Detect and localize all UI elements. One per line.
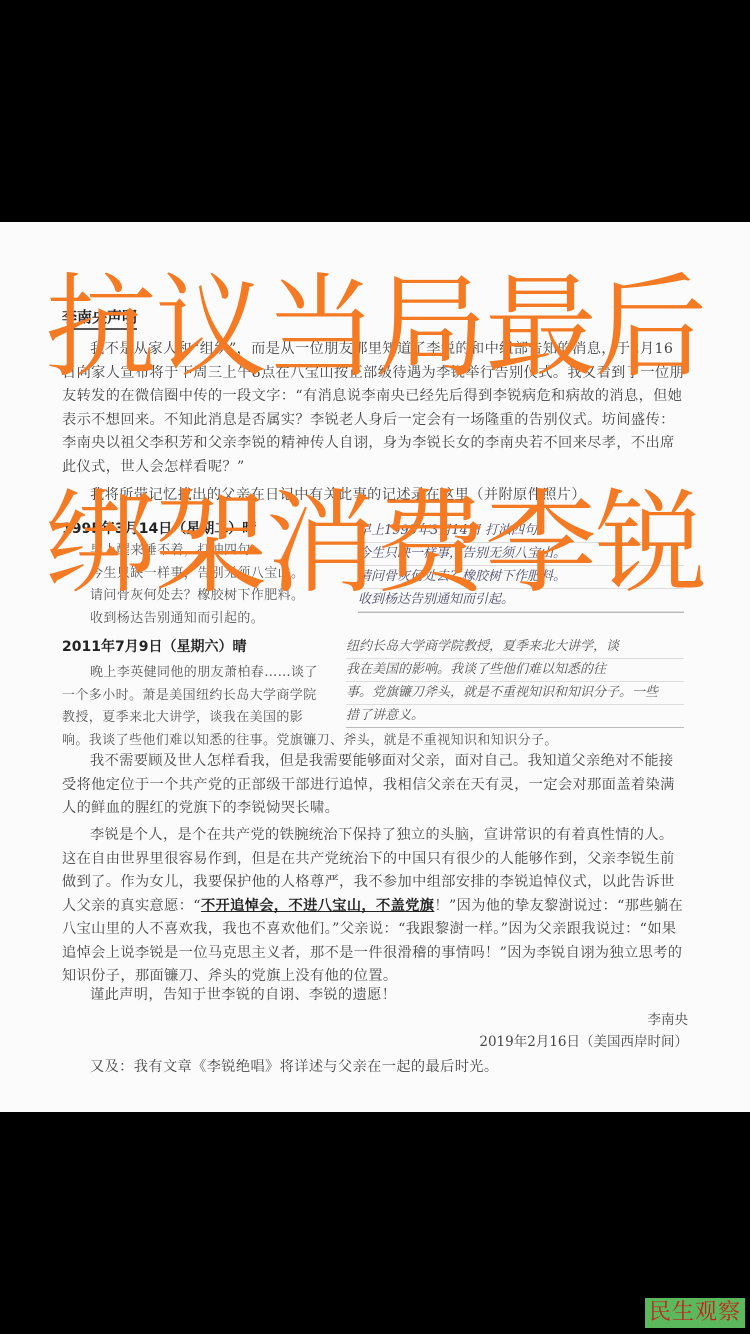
paragraph-4-emphasis: 不开追悼会，不进八宝山，不盖党旗 [201, 898, 434, 914]
handwriting-line: 措了讲意义。 [346, 705, 684, 728]
diary-2-line: 响。我谈了些他们难以知悉的往事。党旗镰刀、斧头，就是不重视知识和知识分子。 [62, 730, 682, 753]
document-scan: 李南央声明 我不是从家人和“组织”，而是从一位朋友那里知道了李锐的和中组部告知的… [0, 222, 750, 1112]
handwriting-line: 纽约长岛大学商学院教授，夏季来北大讲学，谈 [346, 636, 684, 659]
overlay-caption-line-1: 抗议当局最后 [0, 268, 750, 388]
paragraph-4: 李锐是个人，是个在共产党的铁腕统治下保持了独立的头脑，宣讲常识的有着真性情的人。… [62, 824, 687, 989]
diary-2-line: 教授，夏季来北大讲学，谈我在美国的影 [62, 707, 332, 730]
postscript: 又及：我有文章《李锐绝唱》将详述与父亲在一起的最后时光。 [62, 1056, 687, 1080]
signature-name: 李南央 [648, 1008, 689, 1028]
diary-2-line: 晚上李英健同他的朋友萧柏春……谈了 [62, 662, 332, 685]
diary-2-date: 2011年7月9日（星期六）晴 [62, 636, 246, 656]
diary-2-line: 一个多小时。萧是美国纽约长岛大学商学院 [62, 685, 332, 708]
diary-2-handwriting-photo: 纽约长岛大学商学院教授，夏季来北大讲学，谈 我在美国的影响。我谈了些他们难以知悉… [346, 636, 684, 728]
paragraph-5: 谨此声明，告知于世李锐的自诩、李锐的遗愿！ [62, 984, 687, 1008]
overlay-caption-line-2: 绑架消费李锐 [0, 484, 750, 604]
signature-date: 2019年2月16日（美国西岸时间） [479, 1030, 688, 1050]
handwriting-line: 事。党旗镰刀斧头，就是不重视知识和知识分子。一些 [346, 682, 684, 705]
paragraph-3: 我不需要顾及世人怎样看我，但是我需要能够面对父亲，面对自己。我知道父亲绝对不能接… [62, 750, 687, 821]
handwriting-line: 我在美国的影响。我谈了些他们难以知悉的往 [346, 659, 684, 682]
watermark-badge: 民生观察 [645, 1298, 745, 1328]
diary-1-line: 收到杨达告别通知而引起的。 [90, 608, 340, 631]
